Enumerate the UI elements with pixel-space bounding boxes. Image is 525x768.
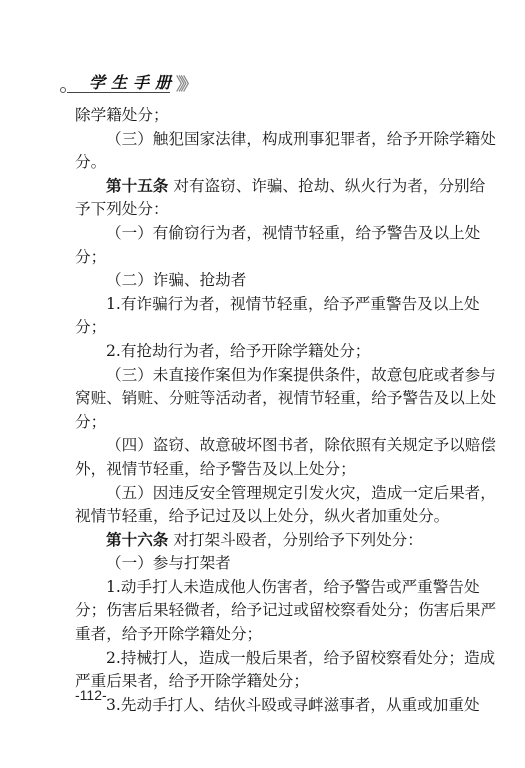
line-text: 分； [75, 413, 106, 431]
text-line: 1.有诈骗行为者，视情节轻重，给予严重警告及以上处 [75, 293, 459, 317]
line-text: （四）盗窃、故意破坏图书者，除依照有关规定予以赔偿 [106, 436, 496, 454]
text-line: 3.先动手打人、结伙斗殴或寻衅滋事者，从重或加重处 [75, 694, 459, 718]
text-line: 严重后果者，给予开除学籍处分； [75, 670, 459, 694]
line-text: 予下列处分： [75, 200, 169, 218]
line-text: 3.先动手打人、结伙斗殴或寻衅滋事者，从重或加重处 [106, 696, 480, 714]
text-line: （五）因违反安全管理规定引发火灾，造成一定后果者， [75, 482, 459, 506]
text-line: （四）盗窃、故意破坏图书者，除依照有关规定予以赔偿 [75, 434, 459, 458]
line-text: 2.持械打人，造成一般后果者，给予留校察看处分；造成 [106, 649, 495, 667]
line-text: 1.动手打人未造成他人伤害者，给予警告或严重警告处 [106, 578, 480, 596]
line-text: 外，视情节轻重，给予警告及以上处分； [75, 460, 356, 478]
text-line: （一）有偷窃行为者，视情节轻重，给予警告及以上处 [75, 222, 459, 246]
text-line: （二）诈骗、抢劫者 [75, 269, 459, 293]
text-line: 分； [75, 246, 459, 270]
text-line: 外，视情节轻重，给予警告及以上处分； [75, 458, 459, 482]
line-text: 对打架斗殴者，分别给予下列处分： [168, 531, 422, 549]
page-body: 除学籍处分；（三）触犯国家法律，构成刑事犯罪者，给予开除学籍处分。第十五条 对有… [75, 104, 459, 717]
line-text: （三）未直接作案但为作案提供条件，故意包庇或者参与 [106, 366, 496, 384]
line-text: 对有盗窃、诈骗、抢劫、纵火行为者，分别给 [168, 177, 485, 195]
article-heading: 第十五条 [106, 177, 168, 195]
text-line: （一）参与打架者 [75, 552, 459, 576]
line-text: 分。 [75, 153, 106, 171]
line-text: 重者，给予开除学籍处分； [75, 625, 262, 643]
text-line: 第十六条 对打架斗殴者，分别给予下列处分： [75, 529, 459, 553]
line-text: 分； [75, 318, 106, 336]
text-line: 分； [75, 316, 459, 340]
text-line: 分； [75, 411, 459, 435]
line-text: 严重后果者，给予开除学籍处分； [75, 672, 309, 690]
text-line: 重者，给予开除学籍处分； [75, 623, 459, 647]
line-text: 1.有诈骗行为者，视情节轻重，给予严重警告及以上处 [106, 295, 480, 313]
line-text: 2.有抢劫行为者，给予开除学籍处分； [106, 342, 370, 360]
text-line: 窝赃、销赃、分赃等活动者，视情节轻重，给予警告及以上处 [75, 387, 459, 411]
text-line: 第十五条 对有盗窃、诈骗、抢劫、纵火行为者，分别给 [75, 175, 459, 199]
header-title: 学生手册 [89, 70, 177, 93]
page-number: -112- [75, 687, 107, 703]
text-line: 予下列处分： [75, 198, 459, 222]
text-line: 视情节轻重，给予记过及以上处分，纵火者加重处分。 [75, 505, 459, 529]
text-line: 2.有抢劫行为者，给予开除学籍处分； [75, 340, 459, 364]
line-text: （二）诈骗、抢劫者 [106, 271, 246, 289]
line-text: 除学籍处分； [75, 106, 169, 124]
chevron-right-icon: 》》 [176, 70, 194, 95]
line-text: （五）因违反安全管理规定引发火灾，造成一定后果者， [106, 484, 496, 502]
text-line: （三）触犯国家法律，构成刑事犯罪者，给予开除学籍处 [75, 128, 459, 152]
line-text: 视情节轻重，给予记过及以上处分，纵火者加重处分。 [75, 507, 449, 525]
text-line: 分；伤害后果轻微者，给予记过或留校察看处分；伤害后果严 [75, 599, 459, 623]
line-text: （三）触犯国家法律，构成刑事犯罪者，给予开除学籍处 [106, 130, 496, 148]
line-text: 窝赃、销赃、分赃等活动者，视情节轻重，给予警告及以上处 [75, 389, 496, 407]
line-text: 分；伤害后果轻微者，给予记过或留校察看处分；伤害后果严 [75, 601, 496, 619]
circle-ornament-icon [60, 87, 66, 93]
text-line: 除学籍处分； [75, 104, 459, 128]
line-text: （一）有偷窃行为者，视情节轻重，给予警告及以上处 [106, 224, 480, 242]
text-line: （三）未直接作案但为作案提供条件，故意包庇或者参与 [75, 364, 459, 388]
article-heading: 第十六条 [106, 531, 168, 549]
text-line: 1.动手打人未造成他人伤害者，给予警告或严重警告处 [75, 576, 459, 600]
text-line: 分。 [75, 151, 459, 175]
running-header: 学生手册 》》 [60, 68, 210, 98]
line-text: 分； [75, 248, 106, 266]
line-text: （一）参与打架者 [106, 554, 231, 572]
text-line: 2.持械打人，造成一般后果者，给予留校察看处分；造成 [75, 647, 459, 671]
